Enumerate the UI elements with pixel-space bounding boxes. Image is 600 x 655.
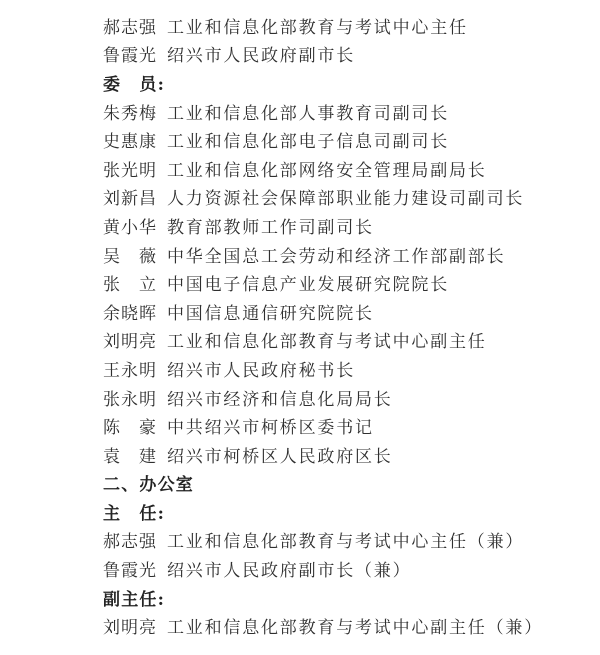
roster-line: 黄小华教育部教师工作司副司长 <box>103 211 600 240</box>
member-title: 工业和信息化部人事教育司副司长 <box>167 99 449 124</box>
document-page: 郝志强工业和信息化部教育与考试中心主任鲁霞光绍兴市人民政府副市长委 员:朱秀梅工… <box>0 0 600 655</box>
member-title: 绍兴市柯桥区人民政府区长 <box>167 442 393 467</box>
section-heading: 二、办公室 <box>103 469 600 498</box>
member-title: 中国电子信息产业发展研究院院长 <box>167 270 449 295</box>
member-name: 刘新昌 <box>103 184 160 209</box>
member-name: 鲁霞光 <box>103 41 160 66</box>
member-name: 吴 薇 <box>103 242 160 267</box>
roster-line: 朱秀梅工业和信息化部人事教育司副司长 <box>103 97 600 126</box>
roster-line: 刘新昌人力资源社会保障部职业能力建设司副司长 <box>103 183 600 212</box>
member-name: 郝志强 <box>103 13 160 38</box>
section-heading-label: 副主任: <box>103 585 165 610</box>
member-title: 绍兴市人民政府副市长（兼） <box>167 556 411 581</box>
member-title: 人力资源社会保障部职业能力建设司副司长 <box>167 184 524 209</box>
member-title: 工业和信息化部教育与考试中心主任 <box>167 13 468 38</box>
roster-line: 吴 薇中华全国总工会劳动和经济工作部副部长 <box>103 240 600 269</box>
member-title: 中华全国总工会劳动和经济工作部副部长 <box>167 242 505 267</box>
roster-line: 王永明绍兴市人民政府秘书长 <box>103 354 600 383</box>
section-heading-label: 二、办公室 <box>103 470 194 495</box>
member-name: 刘明亮 <box>103 613 160 638</box>
member-name: 朱秀梅 <box>103 99 160 124</box>
member-title: 教育部教师工作司副司长 <box>167 213 374 238</box>
member-title: 中共绍兴市柯桥区委书记 <box>167 413 374 438</box>
member-name: 张光明 <box>103 156 160 181</box>
member-name: 鲁霞光 <box>103 556 160 581</box>
roster-line: 张 立中国电子信息产业发展研究院院长 <box>103 268 600 297</box>
section-heading: 主 任: <box>103 497 600 526</box>
roster-line: 郝志强工业和信息化部教育与考试中心主任（兼） <box>103 526 600 555</box>
section-heading: 委 员: <box>103 68 600 97</box>
member-title: 绍兴市人民政府副市长 <box>167 41 355 66</box>
section-heading-label: 主 任: <box>103 499 165 524</box>
member-name: 余晓晖 <box>103 299 160 324</box>
roster-line: 刘明亮工业和信息化部教育与考试中心副主任 <box>103 326 600 355</box>
section-heading-label: 委 员: <box>103 70 165 95</box>
roster-line: 鲁霞光绍兴市人民政府副市长 <box>103 40 600 69</box>
member-title: 工业和信息化部教育与考试中心主任（兼） <box>167 527 524 552</box>
member-title: 中国信息通信研究院院长 <box>167 299 374 324</box>
roster-line: 鲁霞光绍兴市人民政府副市长（兼） <box>103 554 600 583</box>
member-name: 刘明亮 <box>103 327 160 352</box>
section-heading: 副主任: <box>103 583 600 612</box>
roster-line: 陈 豪中共绍兴市柯桥区委书记 <box>103 411 600 440</box>
roster-line: 张光明工业和信息化部网络安全管理局副局长 <box>103 154 600 183</box>
roster-line: 余晓晖中国信息通信研究院院长 <box>103 297 600 326</box>
member-title: 工业和信息化部网络安全管理局副局长 <box>167 156 487 181</box>
member-name: 张 立 <box>103 270 160 295</box>
member-name: 张永明 <box>103 385 160 410</box>
member-name: 陈 豪 <box>103 413 160 438</box>
member-name: 袁 建 <box>103 442 160 467</box>
roster-line: 刘明亮工业和信息化部教育与考试中心副主任（兼） <box>103 611 600 640</box>
member-name: 黄小华 <box>103 213 160 238</box>
roster-line: 郝志强工业和信息化部教育与考试中心主任 <box>103 11 600 40</box>
member-name: 王永明 <box>103 356 160 381</box>
member-title: 绍兴市经济和信息化局局长 <box>167 385 393 410</box>
member-title: 工业和信息化部教育与考试中心副主任（兼） <box>167 613 543 638</box>
roster-line: 史惠康工业和信息化部电子信息司副司长 <box>103 125 600 154</box>
member-name: 郝志强 <box>103 527 160 552</box>
member-title: 绍兴市人民政府秘书长 <box>167 356 355 381</box>
roster-line: 袁 建绍兴市柯桥区人民政府区长 <box>103 440 600 469</box>
member-name: 史惠康 <box>103 127 160 152</box>
roster-line: 张永明绍兴市经济和信息化局局长 <box>103 383 600 412</box>
roster-list: 郝志强工业和信息化部教育与考试中心主任鲁霞光绍兴市人民政府副市长委 员:朱秀梅工… <box>0 0 600 640</box>
member-title: 工业和信息化部教育与考试中心副主任 <box>167 327 487 352</box>
member-title: 工业和信息化部电子信息司副司长 <box>167 127 449 152</box>
